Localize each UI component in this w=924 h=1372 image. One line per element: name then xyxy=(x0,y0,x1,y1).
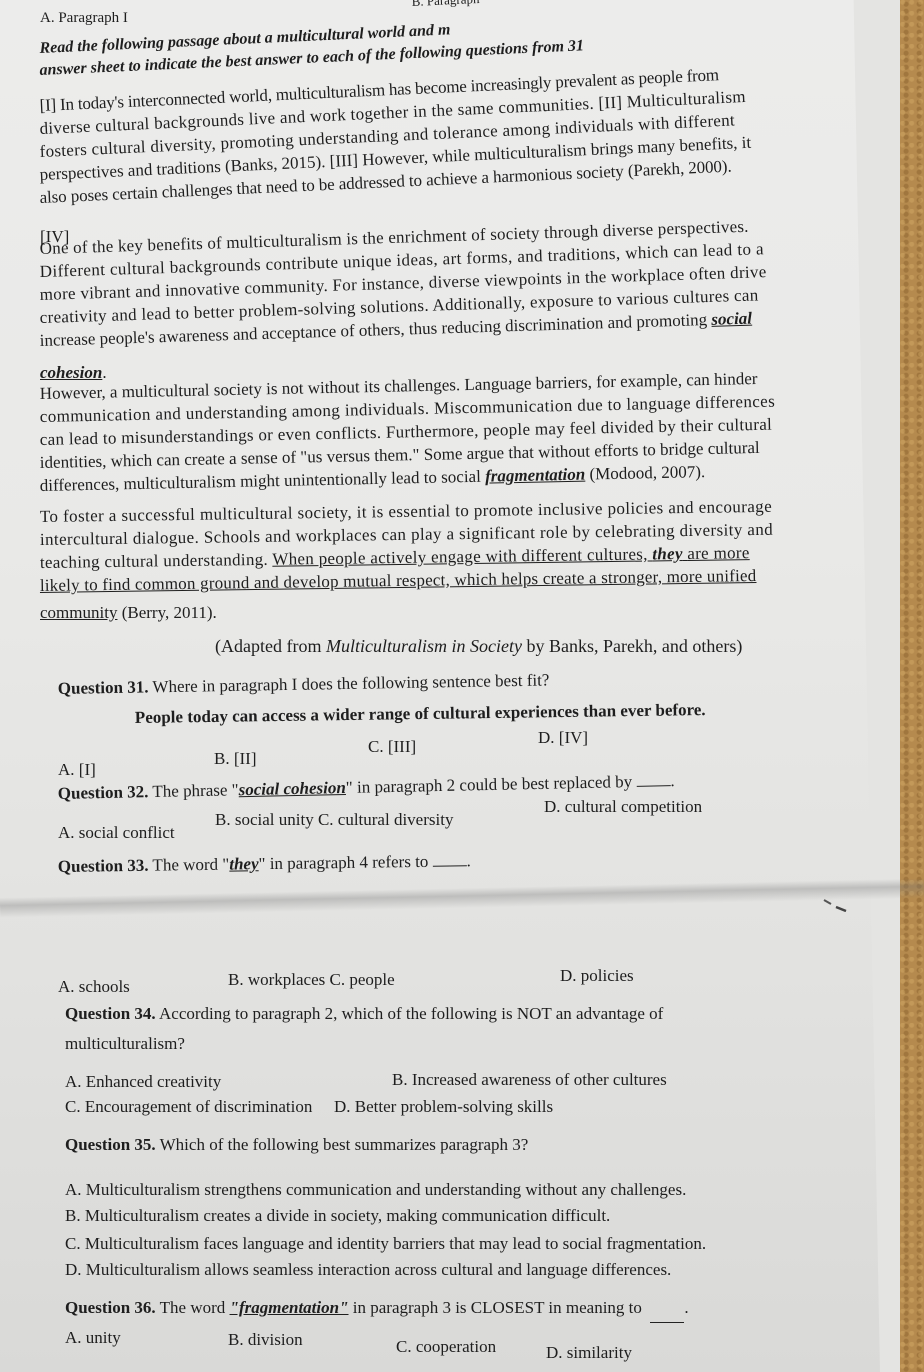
option-c[interactable]: C. Multiculturalism faces language and i… xyxy=(65,1234,706,1254)
option-d[interactable]: D. similarity xyxy=(546,1343,632,1363)
question-prompt: Question 35. Which of the following best… xyxy=(65,1135,528,1155)
passage-source: (Adapted from Multiculturalism in Societ… xyxy=(215,637,742,655)
option-d[interactable]: D. cultural competition xyxy=(544,797,702,817)
option-d[interactable]: D. policies xyxy=(560,966,634,986)
option-c[interactable]: C. Encouragement of discrimination xyxy=(65,1097,312,1117)
option-b-c[interactable]: B. social unity C. cultural diversity xyxy=(215,810,453,830)
paper-speck xyxy=(822,898,848,912)
passage-line: community (Berry, 2011). xyxy=(40,604,217,621)
key-phrase-social: social xyxy=(711,309,752,329)
option-b[interactable]: B. Increased awareness of other cultures xyxy=(392,1070,667,1090)
key-word-they: they xyxy=(652,544,683,563)
option-d[interactable]: D. Better problem-solving skills xyxy=(334,1097,553,1117)
key-word-fragmentation: fragmentation xyxy=(485,465,586,486)
option-c[interactable]: C. [III] xyxy=(368,737,416,757)
option-a[interactable]: A. [I] xyxy=(58,760,96,780)
option-b[interactable]: B. Multiculturalism creates a divide in … xyxy=(65,1206,610,1226)
question-prompt: Question 36. The word "fragmentation" in… xyxy=(65,1298,689,1318)
option-a[interactable]: A. unity xyxy=(65,1328,121,1348)
option-d[interactable]: D. [IV] xyxy=(538,728,588,748)
option-a[interactable]: A. social conflict xyxy=(58,823,175,843)
option-d[interactable]: D. Multiculturalism allows seamless inte… xyxy=(65,1260,671,1280)
paragraph-option-a: A. Paragraph I xyxy=(40,10,128,27)
option-b[interactable]: B. [II] xyxy=(214,749,256,769)
question-prompt: Question 34. According to paragraph 2, w… xyxy=(65,1004,663,1024)
option-b-c[interactable]: B. workplaces C. people xyxy=(228,970,395,990)
option-c[interactable]: C. cooperation xyxy=(396,1337,496,1357)
key-phrase-cohesion: cohesion xyxy=(40,363,102,382)
passage-line: cohesion. xyxy=(40,364,107,381)
option-a[interactable]: A. schools xyxy=(58,977,130,997)
question-prompt-line-2: multiculturalism? xyxy=(65,1034,185,1054)
option-a[interactable]: A. Multiculturalism strengthens communic… xyxy=(65,1180,686,1200)
option-b[interactable]: B. division xyxy=(228,1330,303,1350)
option-a[interactable]: A. Enhanced creativity xyxy=(65,1072,221,1092)
